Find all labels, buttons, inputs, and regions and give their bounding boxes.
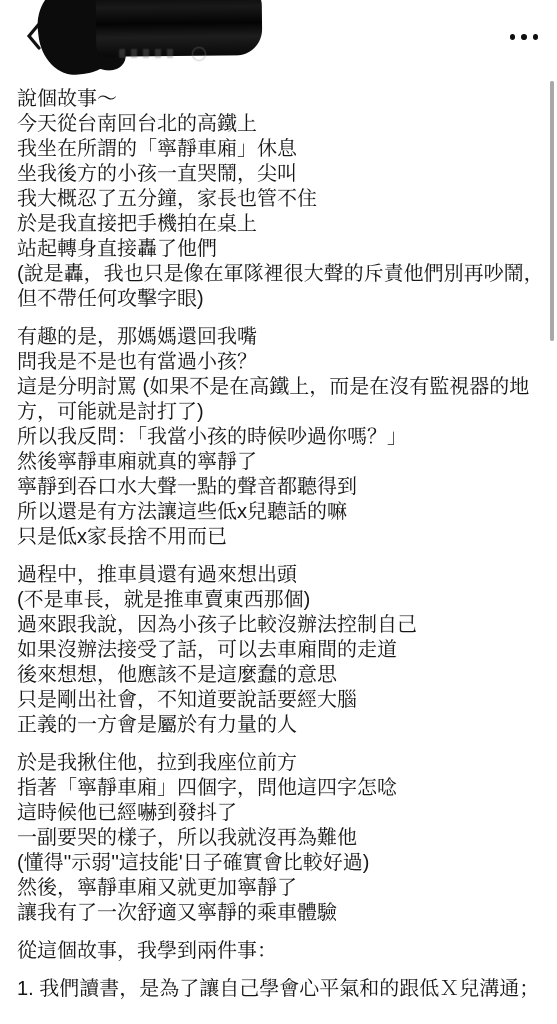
post-line: 今天從台南回台北的高鐵上: [17, 112, 551, 137]
post-paragraph: 從這個故事，我學到兩件事：: [17, 939, 551, 964]
ellipsis-icon: [521, 34, 527, 40]
post-line: 從這個故事，我學到兩件事：: [17, 939, 551, 964]
post-line: 這是分明討罵 (如果不是在高鐵上，而是在沒有監視器的地: [17, 375, 551, 400]
post-line: 方，可能就是討打了): [17, 400, 551, 425]
redacted-meta-remnant: [119, 49, 177, 58]
post-line: 然後寧靜車廂就真的寧靜了: [17, 450, 551, 475]
post-line: 說個故事～: [17, 87, 551, 112]
post-line: 後來想想，他應該不是這麼蠢的意思: [17, 663, 551, 688]
post-header: [0, 0, 557, 86]
post-line: 1. 我們讀書，是為了讓自己學會心平氣和的跟低Ｘ兒溝通；: [17, 977, 551, 1002]
post-line: 只是剛出社會，不知道要說話要經大腦: [17, 688, 551, 713]
post-line: 所以還是有方法讓這些低x兒聽話的嘛: [17, 500, 551, 525]
post-line: 一副要哭的樣子，所以我就沒再為難他: [17, 826, 551, 851]
post-paragraph: 過程中，推車員還有過來想出頭(不是車長，就是推車賣東西那個)過來跟我說，因為小孩…: [17, 563, 551, 738]
more-options-button[interactable]: [504, 24, 544, 50]
post-line: 然後，寧靜車廂又就更加寧靜了: [17, 876, 551, 901]
post-line: 正義的一方會是屬於有力量的人: [17, 713, 551, 738]
post-paragraph: 有趣的是，那媽媽還回我嘴問我是不是也有當過小孩？這是分明討罵 (如果不是在高鐵上…: [17, 325, 551, 550]
post-line: (懂得''示弱''這技能'日子確實會比較好過): [17, 851, 551, 876]
post-line: 這時候他已經嚇到發抖了: [17, 801, 551, 826]
post-line: 於是我揪住他，拉到我座位前方: [17, 751, 551, 776]
post-paragraph: 於是我揪住他，拉到我座位前方指著「寧靜車廂」四個字，問他這四字怎唸這時候他已經嚇…: [17, 751, 551, 926]
post-line: 如果沒辦法接受了話，可以去車廂間的走道: [17, 638, 551, 663]
post-line: 只是低x家長捨不用而已: [17, 525, 551, 550]
post-line: 過程中，推車員還有過來想出頭: [17, 563, 551, 588]
post-line: 所以我反問：「我當小孩的時候吵過你嗎？」: [17, 425, 551, 450]
post-line: 讓我有了一次舒適又寧靜的乘車體驗: [17, 901, 551, 926]
post-line: 我坐在所謂的「寧靜車廂」休息: [17, 137, 551, 162]
post-line: 問我是不是也有當過小孩？: [17, 350, 551, 375]
post-paragraph: 1. 我們讀書，是為了讓自己學會心平氣和的跟低Ｘ兒溝通；: [17, 977, 551, 1002]
post-line: 有趣的是，那媽媽還回我嘴: [17, 325, 551, 350]
post-line: 過來跟我說，因為小孩子比較沒辦法控制自己: [17, 613, 551, 638]
ellipsis-icon: [510, 34, 516, 40]
post-line: 於是我直接把手機拍在桌上: [17, 212, 551, 237]
globe-icon: [192, 47, 206, 61]
post-line: (說是轟，我也只是像在軍隊裡很大聲的斥責他們別再吵鬧，: [17, 262, 551, 287]
ellipsis-icon: [533, 34, 539, 40]
post-line: (不是車長，就是推車賣東西那個): [17, 588, 551, 613]
post-line: 但不帶任何攻擊字眼): [17, 287, 551, 312]
post-line: 指著「寧靜車廂」四個字，問他這四字怎唸: [17, 776, 551, 801]
post-line: 寧靜到吞口水大聲一點的聲音都聽得到: [17, 475, 551, 500]
scrollbar-thumb[interactable]: [550, 81, 554, 341]
app-screen: 說個故事～今天從台南回台北的高鐵上我坐在所謂的「寧靜車廂」休息坐我後方的小孩一直…: [0, 0, 557, 1024]
post-line: 我大概忍了五分鐘，家長也管不住: [17, 187, 551, 212]
post-paragraph: 說個故事～今天從台南回台北的高鐵上我坐在所謂的「寧靜車廂」休息坐我後方的小孩一直…: [17, 87, 551, 312]
post-line: 坐我後方的小孩一直哭鬧，尖叫: [17, 162, 551, 187]
post-body: 說個故事～今天從台南回台北的高鐵上我坐在所謂的「寧靜車廂」休息坐我後方的小孩一直…: [17, 87, 551, 1024]
post-line: 站起轉身直接轟了他們: [17, 237, 551, 262]
